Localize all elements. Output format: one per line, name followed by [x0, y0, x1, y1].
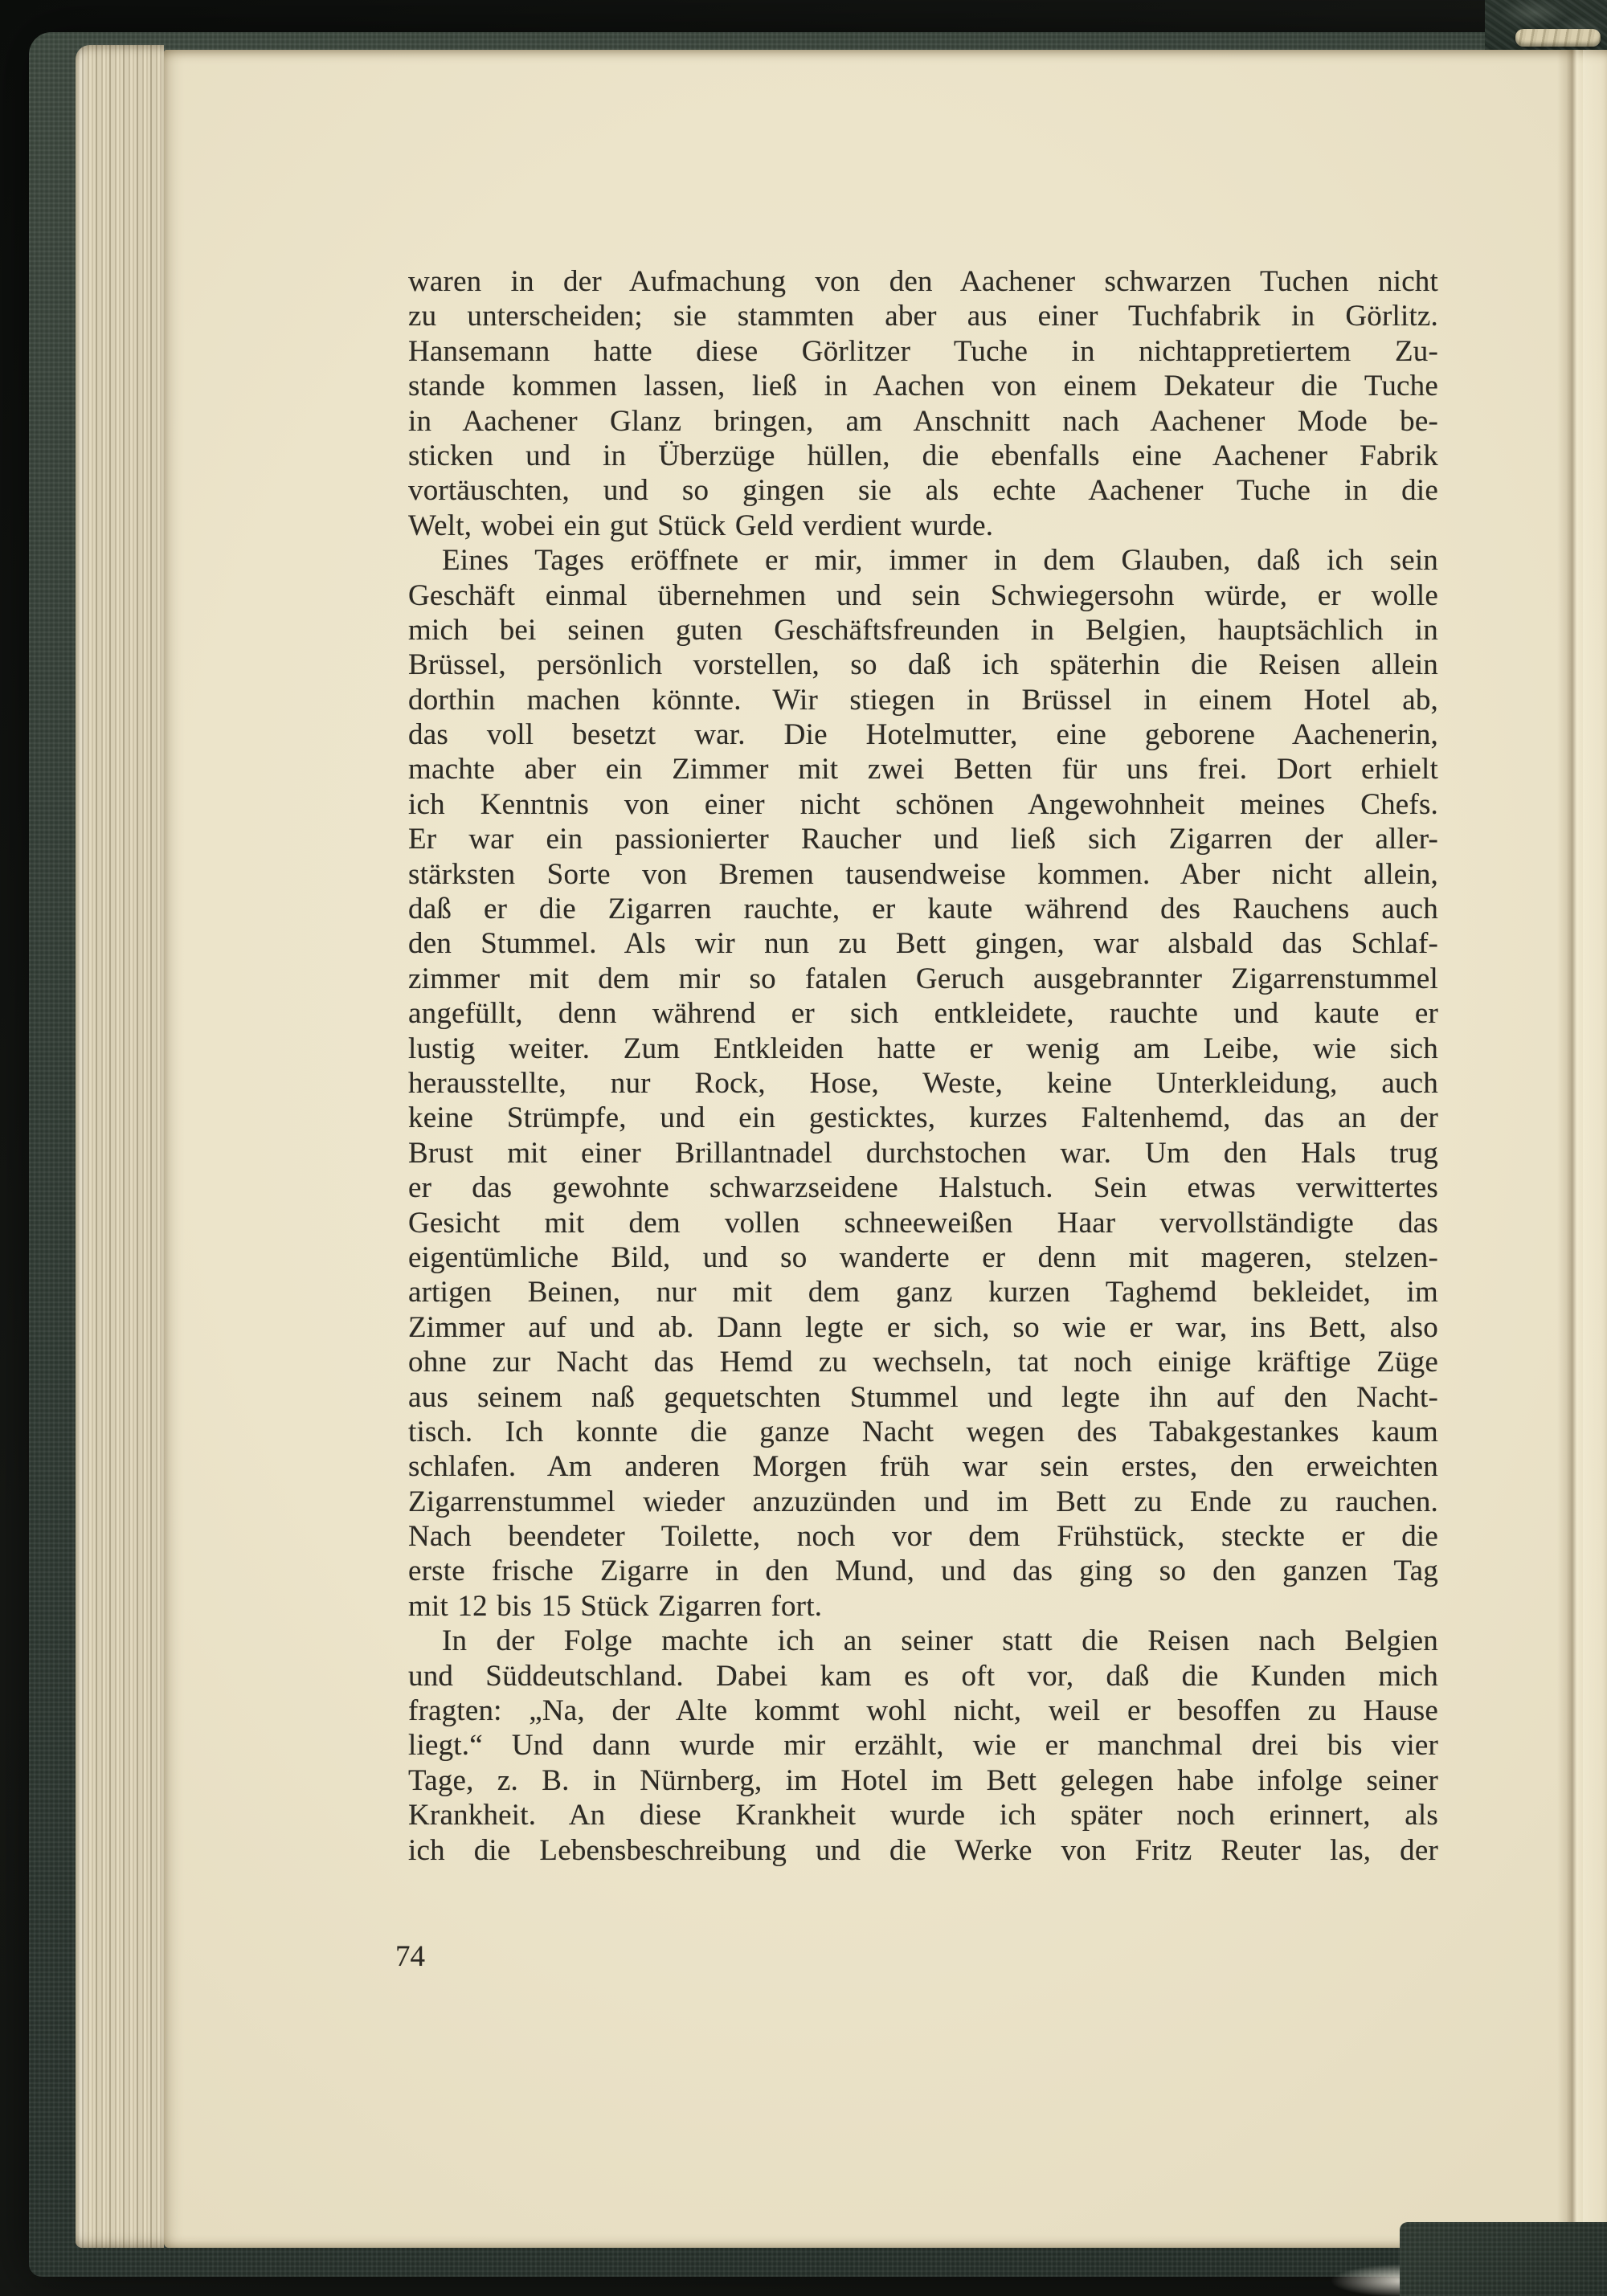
- text-line: sticken und in Überzüge hüllen, die eben…: [408, 439, 1438, 473]
- photo-background: waren in der Aufmachung von den Aachener…: [0, 0, 1607, 2296]
- text-line: zimmer mit dem mir so fatalen Geruch aus…: [408, 962, 1438, 996]
- headband: [1515, 29, 1601, 47]
- text-line: Er war ein passionierter Raucher und lie…: [408, 822, 1438, 856]
- text-line: Nach beendeter Toilette, noch vor dem Fr…: [408, 1519, 1438, 1554]
- text-line: schlafen. Am anderen Morgen früh war sei…: [408, 1449, 1438, 1484]
- text-line: erste frische Zigarre in den Mund, und d…: [408, 1554, 1438, 1588]
- book-page: waren in der Aufmachung von den Aachener…: [164, 50, 1607, 2248]
- text-line: Tage, z. B. in Nürnberg, im Hotel im Bet…: [408, 1763, 1438, 1798]
- text-line: in Aachener Glanz bringen, am Anschnitt …: [408, 404, 1438, 439]
- text-line: das voll besetzt war. Die Hotelmutter, e…: [408, 717, 1438, 752]
- text-line: Geschäft einmal übernehmen und sein Schw…: [408, 578, 1438, 613]
- text-line: Krankheit. An diese Krankheit wurde ich …: [408, 1798, 1438, 1832]
- text-line: vortäuschten, und so gingen sie als echt…: [408, 473, 1438, 508]
- text-line: Zigarrenstummel wieder anzuzünden und im…: [408, 1485, 1438, 1519]
- text-line: stärksten Sorte von Bremen tausendweise …: [408, 857, 1438, 892]
- text-line: Welt, wobei ein gut Stück Geld verdient …: [408, 509, 1438, 543]
- text-line: tisch. Ich konnte die ganze Nacht wegen …: [408, 1415, 1438, 1449]
- text-line: fragten: „Na, der Alte kommt wohl nicht,…: [408, 1693, 1438, 1728]
- text-line: zu unterscheiden; sie stammten aber aus …: [408, 299, 1438, 333]
- text-line: liegt.“ Und dann wurde mir erzählt, wie …: [408, 1728, 1438, 1763]
- text-line: eigentümliche Bild, und so wanderte er d…: [408, 1240, 1438, 1275]
- text-line: angefüllt, denn während er sich entkleid…: [408, 996, 1438, 1031]
- text-line: aus seinem naß gequetschten Stummel und …: [408, 1380, 1438, 1415]
- paragraph: waren in der Aufmachung von den Aachener…: [408, 264, 1438, 543]
- text-line: Eines Tages eröffnete er mir, immer in d…: [408, 543, 1438, 578]
- text-line: keine Strümpfe, und ein gesticktes, kurz…: [408, 1101, 1438, 1135]
- text-line: Brüssel, persönlich vorstellen, so daß i…: [408, 648, 1438, 682]
- text-line: mit 12 bis 15 Stück Zigarren fort.: [408, 1589, 1438, 1624]
- text-line: artigen Beinen, nur mit dem ganz kurzen …: [408, 1275, 1438, 1309]
- text-line: In der Folge machte ich an seiner statt …: [408, 1624, 1438, 1658]
- text-line: Brust mit einer Brillantnadel durchstoch…: [408, 1136, 1438, 1170]
- text-line: dorthin machen könnte. Wir stiegen in Br…: [408, 683, 1438, 717]
- text-line: ich die Lebensbeschreibung und die Werke…: [408, 1833, 1438, 1868]
- text-line: daß er die Zigarren rauchte, er kaute wä…: [408, 892, 1438, 926]
- text-line: lustig weiter. Zum Entkleiden hatte er w…: [408, 1032, 1438, 1066]
- paragraph: Eines Tages eröffnete er mir, immer in d…: [408, 543, 1438, 1624]
- text-line: und Süddeutschland. Dabei kam es oft vor…: [408, 1659, 1438, 1693]
- text-line: herausstellte, nur Rock, Hose, Weste, ke…: [408, 1066, 1438, 1101]
- page-number: 74: [395, 1939, 425, 1974]
- page-edge-stack: [76, 45, 164, 2248]
- paragraph: In der Folge machte ich an seiner statt …: [408, 1624, 1438, 1868]
- text-line: machte aber ein Zimmer mit zwei Betten f…: [408, 752, 1438, 786]
- text-line: Zimmer auf und ab. Dann legte er sich, s…: [408, 1310, 1438, 1345]
- text-line: stande kommen lassen, ließ in Aachen von…: [408, 369, 1438, 403]
- text-line: waren in der Aufmachung von den Aachener…: [408, 264, 1438, 299]
- text-line: den Stummel. Als wir nun zu Bett gingen,…: [408, 926, 1438, 961]
- text-line: er das gewohnte schwarzseidene Halstuch.…: [408, 1170, 1438, 1205]
- text-line: ohne zur Nacht das Hemd zu wechseln, tat…: [408, 1345, 1438, 1379]
- text-line: Gesicht mit dem vollen schneeweißen Haar…: [408, 1206, 1438, 1240]
- text-line: mich bei seinen guten Geschäftsfreunden …: [408, 613, 1438, 648]
- text-line: Hansemann hatte diese Görlitzer Tuche in…: [408, 334, 1438, 369]
- text-line: ich Kenntnis von einer nicht schönen Ang…: [408, 787, 1438, 822]
- text-block: waren in der Aufmachung von den Aachener…: [408, 264, 1438, 1868]
- book-cover-corner-bottom-right: [1400, 2222, 1607, 2296]
